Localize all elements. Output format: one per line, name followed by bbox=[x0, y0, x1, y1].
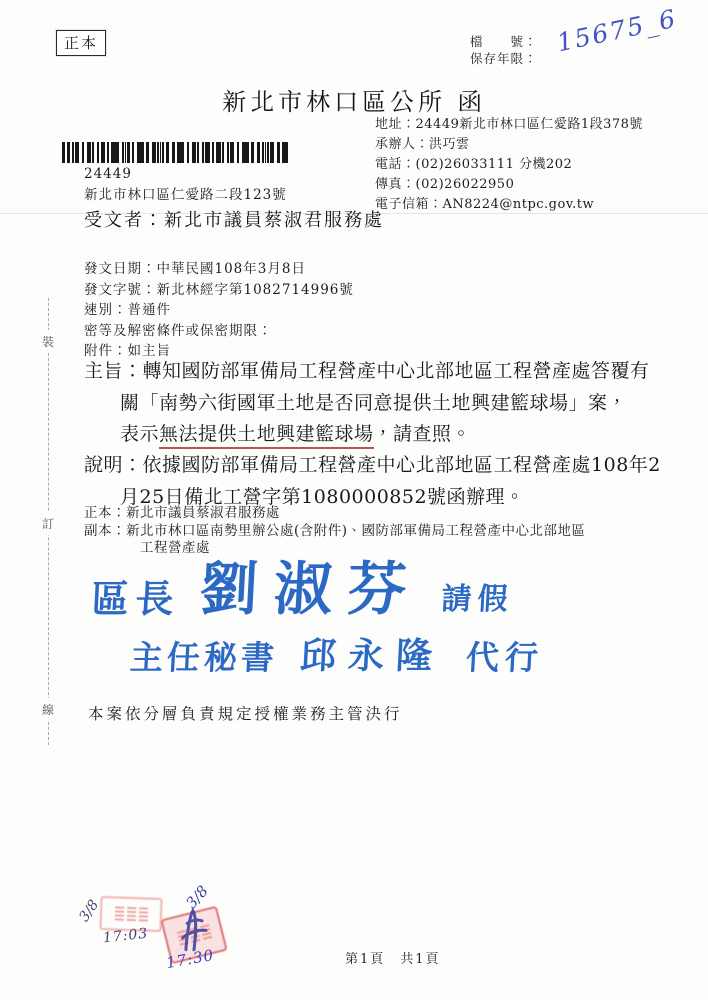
document-title: 新北市林口區公所 函 bbox=[0, 82, 708, 117]
signature-line-secretary: 主任秘書 邱永隆 代行 bbox=[129, 638, 545, 674]
mayor-name: 劉淑芬 bbox=[198, 560, 423, 618]
copy-type-box: 正本 bbox=[56, 30, 106, 56]
distribution-block: 正本：新北市議員蔡淑君服務處 副本：新北市林口區南勢里辦公處(含附件)、國防部軍… bbox=[84, 505, 586, 558]
document-meta-block: 發文日期：中華民國108年3月8日 發文字號：新北林經字第1082714996號… bbox=[84, 259, 354, 362]
copy-recipients-line1: 副本：新北市林口區南勢里辦公處(含附件)、國防部軍備局工程營產中心北部地區 bbox=[84, 523, 586, 541]
sender-contact-person: 承辦人：洪巧雲 bbox=[375, 135, 643, 155]
subject-clause: 主旨：轉知國防部軍備局工程營產中心北部地區工程營產處答覆有 關「南勢六街國軍土地… bbox=[84, 356, 684, 451]
received-mark-1-date: 3/8 bbox=[76, 897, 102, 925]
signature-line-mayor: 區長 劉淑芬 請假 bbox=[90, 560, 515, 618]
mayor-title: 區長 bbox=[90, 580, 180, 618]
mailing-barcode bbox=[62, 142, 288, 163]
file-no-label: 檔 號： bbox=[470, 33, 538, 50]
subject-underlined-phrase: 無法提供土地興建籃球場 bbox=[159, 423, 374, 449]
scan-artifact-line bbox=[0, 213, 708, 214]
binding-mark-zhuang: 裝 bbox=[41, 330, 55, 353]
copy-type-label: 正本 bbox=[64, 34, 98, 52]
mayor-leave-note: 請假 bbox=[441, 582, 515, 618]
subject-line3-post: ，請查照。 bbox=[374, 423, 472, 445]
recipient-line: 受文者：新北市議員蔡淑君服務處 bbox=[84, 206, 384, 232]
issue-date: 發文日期：中華民國108年3月8日 bbox=[84, 259, 354, 280]
description-line1: 依據國防部軍備局工程營產中心北部地區工程營產處108年2 bbox=[143, 454, 661, 476]
handwritten-file-number: 15675_6 bbox=[554, 4, 679, 58]
binding-mark-xian: 線 bbox=[41, 698, 55, 721]
subject-line3: 表示無法提供土地興建籃球場，請查照。 bbox=[120, 423, 471, 445]
sender-email: 電子信箱：AN8224@ntpc.gov.tw bbox=[375, 195, 643, 215]
secretary-title: 主任秘書 bbox=[129, 641, 279, 674]
sender-info-block: 地址：24449新北市林口區仁愛路1段378號 承辦人：洪巧雲 電話：(02)2… bbox=[375, 115, 643, 215]
sender-phone: 電話：(02)26033111 分機202 bbox=[375, 155, 643, 175]
description-clause: 說明：依據國防部軍備局工程營產中心北部地區工程營產處108年2 月25日備北工營… bbox=[84, 450, 684, 513]
subject-label: 主旨： bbox=[84, 360, 143, 382]
subject-line2: 關「南勢六街國軍土地是否同意提供土地興建籃球場」案， bbox=[120, 392, 627, 414]
issue-number: 發文字號：新北林經字第1082714996號 bbox=[84, 280, 354, 301]
recipient-zip: 24449 bbox=[84, 166, 132, 182]
archive-block: 檔 號： 保存年限： bbox=[470, 33, 538, 67]
sender-address: 地址：24449新北市林口區仁愛路1段378號 bbox=[375, 115, 643, 135]
secretary-acting-note: 代行 bbox=[465, 641, 545, 674]
scanned-official-letter: 正本 檔 號： 保存年限： 15675_6 新北市林口區公所 函 地址：2444… bbox=[0, 0, 708, 1000]
sender-fax: 傳真：(02)26022950 bbox=[375, 175, 643, 195]
page-number-footer: 第1頁 共1頁 bbox=[345, 948, 441, 967]
security-class: 密等及解密條件或保密期限： bbox=[84, 321, 354, 342]
binding-mark-ding: 訂 bbox=[41, 512, 55, 535]
recipient-address: 新北市林口區仁愛路二段123號 bbox=[84, 183, 287, 203]
original-recipient: 正本：新北市議員蔡淑君服務處 bbox=[84, 505, 586, 523]
secretary-name: 邱永隆 bbox=[299, 638, 445, 674]
description-label: 說明： bbox=[84, 454, 143, 476]
subject-line3-pre: 表示 bbox=[120, 423, 159, 445]
priority: 速別：普通件 bbox=[84, 300, 354, 321]
delegation-note: 本案依分層負責規定授權業務主管決行 bbox=[88, 702, 403, 724]
received-mark-1-time: 17:03 bbox=[102, 926, 149, 947]
subject-line1: 轉知國防部軍備局工程營產中心北部地區工程營產處答覆有 bbox=[143, 360, 650, 382]
retention-label: 保存年限： bbox=[470, 50, 538, 67]
